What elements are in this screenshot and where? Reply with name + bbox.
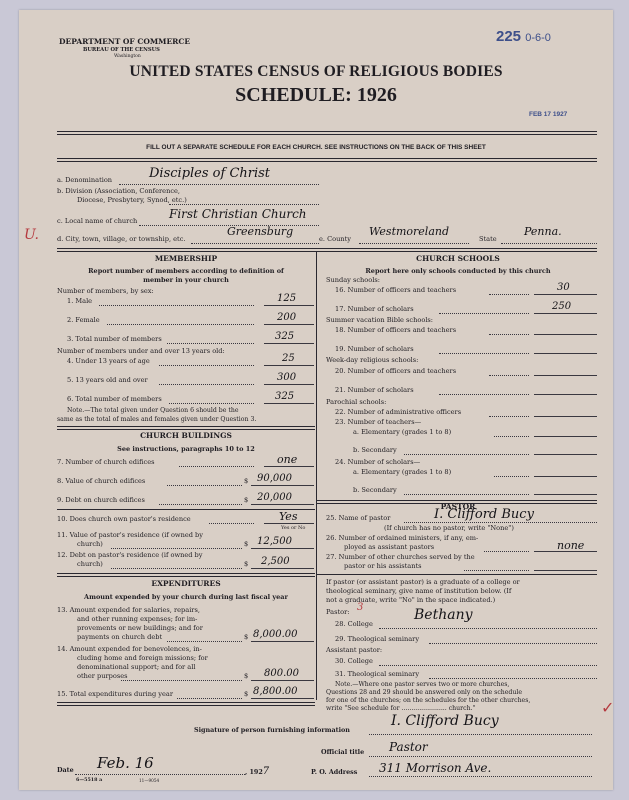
summer-officers-field[interactable] — [534, 334, 597, 335]
ordained-label: 26. Number of ordained ministers, if any… — [326, 534, 478, 542]
leader-dots — [369, 756, 592, 757]
leader-dots — [179, 466, 254, 467]
over-13-label: 5. 13 years old and over — [67, 376, 148, 384]
bureau-label: BUREAU OF THE CENSUS — [83, 47, 160, 53]
state-line — [501, 243, 597, 244]
admin-officers-field[interactable] — [534, 416, 597, 417]
header-divider — [57, 131, 597, 135]
weekday-officers-field[interactable] — [534, 375, 597, 376]
division-label-2: Diocese, Presbytery, Synod, etc.) — [77, 196, 187, 204]
buildings-divider — [57, 509, 315, 510]
edifices-debt-value: 20,000 — [257, 492, 292, 503]
census-schedule-sheet: DEPARTMENT OF COMMERCE BUREAU OF THE CEN… — [19, 10, 613, 790]
sunday-scholars-label: 17. Number of scholars — [335, 305, 414, 313]
membership-note: Note.—The total given under Question 6 s… — [67, 407, 239, 414]
official-title-label: Official title — [321, 748, 364, 756]
leader-dots — [75, 774, 245, 775]
total-members-label: 3. Total number of members — [67, 335, 162, 343]
city-field[interactable]: Greensburg — [227, 225, 293, 238]
department-label: DEPARTMENT OF COMMERCE — [59, 37, 190, 46]
total-members-age-label: 6. Total number of members — [67, 395, 162, 403]
county-line — [359, 243, 469, 244]
teachers-label: 23. Number of teachers— — [335, 418, 421, 426]
secondary-scholars-label: b. Secondary — [353, 486, 397, 494]
secondary-teachers-field[interactable] — [534, 454, 597, 455]
total-expenditures-field[interactable] — [251, 698, 314, 699]
assistant-pastor-label: Assistant pastor: — [326, 646, 382, 654]
salaries-field[interactable] — [251, 641, 314, 642]
address-label: P. O. Address — [311, 768, 357, 776]
leader-dots — [111, 568, 242, 569]
local-name-field[interactable]: First Christian Church — [169, 207, 307, 221]
edifices-value-field[interactable] — [251, 485, 314, 486]
salaries-value: 8,000.00 — [253, 629, 298, 640]
secondary-scholars-field[interactable] — [534, 494, 597, 495]
college-label: 28. College — [335, 620, 373, 628]
graduate-note-2: theological seminary, give name of insti… — [326, 587, 511, 595]
leader-dots — [404, 454, 529, 455]
pastor-mark: 3 — [357, 602, 363, 613]
leader-dots — [494, 476, 529, 477]
total-expenditures-label: 15. Total expenditures during year — [57, 690, 173, 698]
benevolences-field[interactable] — [251, 680, 314, 681]
under-13-label: 4. Under 13 years of age — [67, 357, 150, 365]
salaries-label-2: and other running expenses; for im- — [77, 615, 197, 623]
elementary-scholars-label: a. Elementary (grades 1 to 8) — [353, 468, 451, 476]
asst-college-label: 30. College — [335, 657, 373, 665]
local-name-label: c. Local name of church — [57, 217, 137, 225]
state-label: State — [479, 235, 497, 243]
sunday-scholars-field[interactable] — [534, 313, 597, 314]
leader-dots — [439, 394, 529, 395]
admin-officers-label: 22. Number of administrative officers — [335, 408, 461, 416]
graduate-note-3: not a graduate, write "No" in the space … — [326, 596, 495, 604]
leader-dots — [111, 548, 242, 549]
leader-dots — [159, 504, 242, 505]
membership-divider — [57, 426, 315, 430]
leader-dots — [379, 628, 597, 629]
buildings-heading: CHURCH BUILDINGS — [57, 431, 315, 440]
instruction-banner: FILL OUT A SEPARATE SCHEDULE FOR EACH CH… — [19, 144, 613, 151]
benevolences-label-3: denominational support; and for all — [77, 663, 195, 671]
pastor-name-label: 25. Name of pastor — [326, 514, 390, 522]
denomination-line — [119, 184, 319, 185]
pastor-note-4: write "See schedule for ................… — [326, 705, 475, 712]
sunday-scholars-value: 250 — [552, 301, 571, 312]
dollar-sign: $ — [244, 496, 248, 504]
leader-dots — [159, 384, 254, 385]
expenditures-subheading: Amount expended by your church during la… — [57, 593, 315, 601]
leader-dots — [489, 334, 529, 335]
summer-scholars-label: 19. Number of scholars — [335, 345, 414, 353]
schools-subheading: Report here only schools conducted by th… — [319, 267, 597, 275]
leader-dots — [489, 294, 529, 295]
dollar-sign: $ — [244, 560, 248, 568]
pastor-divider — [317, 574, 597, 575]
salaries-label-3: provements or new buildings; and for — [77, 624, 203, 632]
residence-debt-field[interactable] — [251, 568, 314, 569]
dollar-sign: $ — [244, 633, 248, 641]
summer-schools-label: Summer vacation Bible schools: — [326, 316, 433, 324]
under-13-field[interactable] — [264, 365, 314, 366]
elementary-teachers-field[interactable] — [534, 436, 597, 437]
total-members-value: 325 — [275, 331, 294, 342]
dollar-sign: $ — [244, 690, 248, 698]
pastor-name-hint: (If church has no pastor, write "None") — [384, 524, 514, 532]
state-field[interactable]: Penna. — [524, 225, 562, 238]
division-field[interactable] — [169, 204, 319, 205]
by-age-label: Number of members under and over 13 year… — [57, 347, 225, 355]
male-value: 125 — [277, 293, 296, 304]
banner-divider — [57, 158, 597, 162]
weekday-scholars-field[interactable] — [534, 394, 597, 395]
total-members-field[interactable] — [264, 343, 314, 344]
pastor-note-3: for one of the churches; on the schedule… — [326, 697, 530, 704]
pastor-note-2: Questions 28 and 29 should be answered o… — [326, 689, 522, 696]
stamp-number: 225 0-6-0 — [496, 28, 551, 45]
asst-seminary-field[interactable] — [429, 678, 597, 679]
official-title-field[interactable]: Pastor — [389, 740, 428, 754]
county-field[interactable]: Westmoreland — [369, 225, 449, 238]
pastor-note: Note.—Where one pastor serves two or mor… — [335, 681, 509, 688]
yes-no-hint: Yes or No — [281, 525, 305, 531]
leader-dots — [404, 522, 597, 523]
seminary-field[interactable] — [429, 643, 597, 644]
dollar-sign: $ — [244, 672, 248, 680]
male-label: 1. Male — [67, 297, 92, 305]
female-field[interactable] — [264, 324, 314, 325]
denomination-field[interactable]: Disciples of Christ — [149, 166, 270, 181]
leader-dots — [99, 305, 254, 306]
owns-residence-field[interactable] — [264, 523, 314, 524]
print-number: 11—9054 — [139, 778, 159, 783]
asst-college-field[interactable] — [379, 665, 597, 666]
expenditures-heading: EXPENDITURES — [57, 579, 315, 588]
form-number: 6—5518 a — [76, 777, 102, 783]
membership-subheading-2: member in your church — [57, 276, 315, 284]
expenditures-bottom-divider — [57, 702, 315, 706]
elementary-teachers-label: a. Elementary (grades 1 to 8) — [353, 428, 451, 436]
total-members-age-field[interactable] — [264, 403, 314, 404]
edifices-value-label: 8. Value of church edifices — [57, 477, 145, 485]
residence-debt-value: 2,500 — [261, 556, 290, 567]
asst-seminary-label: 31. Theological seminary — [335, 670, 419, 678]
summer-officers-label: 18. Number of officers and teachers — [335, 326, 456, 334]
leader-dots — [167, 641, 242, 642]
residence-value-label-2: church) — [77, 540, 103, 548]
benevolences-label-2: cluding home and foreign missions; for — [77, 654, 208, 662]
leader-dots — [107, 324, 254, 325]
membership-note-2: same as the total of males and females g… — [57, 416, 256, 423]
other-churches-label-2: pastor or his assistants — [344, 562, 422, 570]
total-members-age-value: 325 — [275, 391, 294, 402]
edifices-count-label: 7. Number of church edifices — [57, 458, 155, 466]
summer-scholars-field[interactable] — [534, 353, 597, 354]
leader-dots — [404, 494, 529, 495]
pastor-label: Pastor: — [326, 608, 349, 616]
residence-value-label: 11. Value of pastor's residence (if owne… — [57, 531, 203, 539]
female-label: 2. Female — [67, 316, 100, 324]
signature-field[interactable]: I. Clifford Bucy — [391, 713, 499, 729]
date-field[interactable]: Feb. 16 — [97, 754, 154, 772]
dollar-sign: $ — [244, 540, 248, 548]
leader-dots — [489, 416, 529, 417]
city-line — [191, 243, 319, 244]
other-churches-field[interactable] — [534, 570, 597, 571]
county-label: e. County — [319, 235, 351, 243]
parochial-schools-label: Parochial schools: — [326, 398, 386, 406]
under-13-value: 25 — [282, 353, 295, 364]
owns-residence-value: Yes — [279, 510, 297, 523]
checkmark-icon: ✓ — [601, 698, 614, 717]
received-date-stamp: FEB 17 1927 — [529, 111, 567, 118]
buildings-subheading: See instructions, paragraphs 10 to 12 — [57, 445, 315, 453]
division-label: b. Division (Association, Conference, — [57, 187, 180, 195]
dollar-sign: $ — [244, 477, 248, 485]
benevolences-label-4: other purposes — [77, 672, 128, 680]
leader-dots — [167, 485, 242, 486]
residence-value-field[interactable] — [251, 548, 314, 549]
membership-heading: MEMBERSHIP — [57, 254, 315, 263]
sunday-officers-field[interactable] — [534, 294, 597, 295]
over-13-value: 300 — [277, 372, 296, 383]
address-field[interactable]: 311 Morrison Ave. — [379, 761, 491, 775]
leader-dots — [439, 313, 529, 314]
year-label: , 1927 — [245, 766, 269, 777]
edifices-debt-label: 9. Debt on church edifices — [57, 496, 145, 504]
leader-dots — [169, 403, 254, 404]
leader-dots — [209, 523, 254, 524]
male-field[interactable] — [264, 305, 314, 306]
salaries-label: 13. Amount expended for salaries, repair… — [57, 606, 200, 614]
section-divider — [57, 248, 597, 252]
other-churches-label: 27. Number of other churches served by t… — [326, 553, 475, 561]
edifices-debt-field[interactable] — [251, 504, 314, 505]
margin-mark: U. — [24, 227, 39, 243]
leader-dots — [484, 551, 529, 552]
scholars-label: 24. Number of scholars— — [335, 458, 420, 466]
leader-dots — [494, 436, 529, 437]
owns-residence-label: 10. Does church own pastor's residence — [57, 515, 191, 523]
female-value: 200 — [277, 312, 296, 323]
date-label: Date — [57, 766, 74, 774]
edifices-count-field[interactable] — [264, 466, 314, 467]
leader-dots — [177, 698, 242, 699]
college-field[interactable]: Bethany — [414, 607, 473, 623]
salaries-label-4: payments on church debt — [77, 633, 162, 641]
secondary-teachers-label: b. Secondary — [353, 446, 397, 454]
leader-dots — [121, 680, 242, 681]
buildings-bottom-divider — [57, 573, 315, 577]
weekday-scholars-label: 21. Number of scholars — [335, 386, 414, 394]
leader-dots — [464, 570, 529, 571]
benevolences-label: 14. Amount expended for benevolences, in… — [57, 645, 202, 653]
signature-label: Signature of person furnishing informati… — [194, 726, 350, 734]
leader-dots — [369, 776, 592, 777]
seminary-label: 29. Theological seminary — [335, 635, 419, 643]
benevolences-value: 800.00 — [264, 668, 299, 679]
over-13-field[interactable] — [264, 384, 314, 385]
graduate-note: If pastor (or assistant pastor) is a gra… — [326, 578, 520, 586]
leader-dots — [369, 734, 592, 735]
leader-dots — [167, 343, 254, 344]
weekday-officers-label: 20. Number of officers and teachers — [335, 367, 456, 375]
membership-subheading: Report number of members according to de… — [57, 267, 315, 275]
schedule-title: SCHEDULE: 1926 — [19, 84, 613, 107]
city-label: d. City, town, village, or township, etc… — [57, 235, 185, 243]
elementary-scholars-field[interactable] — [534, 476, 597, 477]
by-sex-label: Number of members, by sex: — [57, 287, 154, 295]
column-divider — [316, 252, 317, 700]
residence-debt-label: 12. Debt on pastor's residence (if owned… — [57, 551, 203, 559]
city-label: Washington — [114, 54, 141, 59]
leader-dots — [159, 365, 254, 366]
total-expenditures-value: 8,800.00 — [253, 686, 298, 697]
edifices-count-value: one — [277, 453, 297, 466]
denomination-label: a. Denomination — [57, 176, 112, 184]
page-title: UNITED STATES CENSUS OF RELIGIOUS BODIES — [19, 63, 613, 81]
sunday-officers-label: 16. Number of officers and teachers — [335, 286, 456, 294]
pastor-name-field[interactable]: I. Clifford Bucy — [434, 507, 534, 522]
sunday-schools-label: Sunday schools: — [326, 276, 380, 284]
edifices-value-value: 90,000 — [257, 473, 292, 484]
residence-value-value: 12,500 — [257, 536, 292, 547]
ordained-label-2: ployed as assistant pastors — [344, 543, 434, 551]
residence-debt-label-2: church) — [77, 560, 103, 568]
leader-dots — [489, 375, 529, 376]
sunday-officers-value: 30 — [557, 282, 570, 293]
ordained-value: none — [557, 539, 584, 552]
leader-dots — [439, 353, 529, 354]
weekday-schools-label: Week-day religious schools: — [326, 356, 418, 364]
schools-heading: CHURCH SCHOOLS — [319, 254, 597, 263]
